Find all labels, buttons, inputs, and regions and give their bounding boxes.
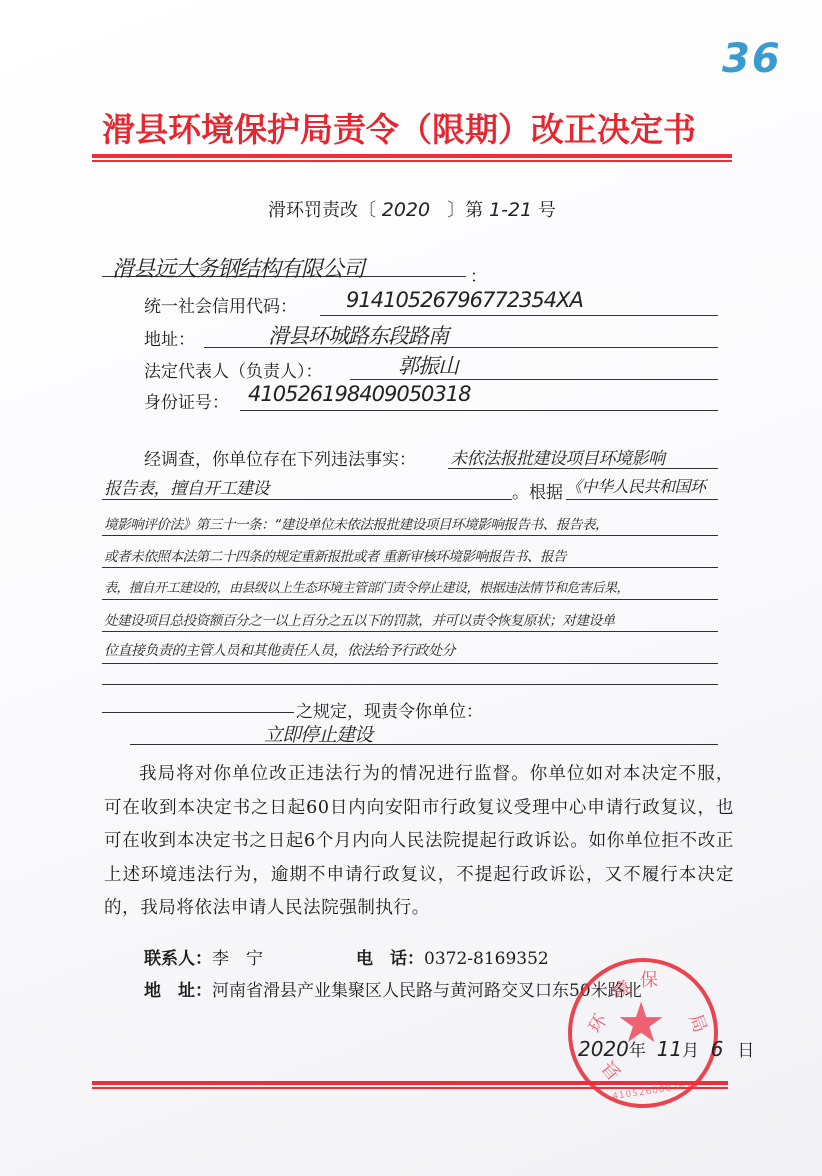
contact-person-label: 联系人： <box>144 949 212 969</box>
fact-line-1: 未依法报批建设项目环境影响 <box>450 444 665 469</box>
seal-char: 局 <box>684 1010 715 1036</box>
doc-number-suffix: 号 <box>538 200 556 221</box>
address-value: 滑县环城路东段路南 <box>268 320 448 350</box>
date-year: 2020 <box>578 1037 629 1061</box>
date-day-unit: 日 <box>737 1041 754 1061</box>
id-number-value: 410526198409050318 <box>248 382 471 406</box>
company-name: 滑县远大务钢结构有限公司 <box>112 252 364 283</box>
law-line-3: 或者未依照本法第二十四条的规定重新报批或者 重新审核环境影响报告书、报告 <box>104 545 566 565</box>
seal-char: 环 <box>581 1009 613 1038</box>
date-month: 11 <box>657 1037 682 1061</box>
doc-number-year: 2020 <box>382 199 430 221</box>
law-line-5: 处建设项目总投资额百分之一以上百分之五以下的罚款，并可以责令恢复原状；对建设单 <box>104 609 615 629</box>
doc-number-middle: 〕第 <box>447 200 483 221</box>
credit-code-label: 统一社会信用代码： <box>144 292 297 317</box>
doc-number-prefix: 滑环罚责改〔 <box>268 200 376 221</box>
law-line-2: 境影响评价法》第三十一条：“建设单位未依法报批建设项目环境影响报告书、报告表， <box>104 513 608 533</box>
contact-phone-row: 电 话：0372-8169352 <box>356 944 549 969</box>
footer-red-rule <box>92 1081 728 1089</box>
fact-line-2: 报告表，擅自开工建设 <box>104 474 269 499</box>
credit-code-value: 91410526796772354XA <box>346 288 583 312</box>
law-line-1: 《中华人民共和国环 <box>566 474 706 497</box>
issue-date: 2020年 11月 6日 <box>578 1036 754 1061</box>
seal-char: 保 <box>640 966 658 992</box>
legal-rep-label: 法定代表人（负责人）： <box>144 357 323 382</box>
contact-address-label: 地 址： <box>144 981 212 1001</box>
regulation-blank-rule <box>102 690 294 713</box>
page-number: 36 <box>722 36 782 82</box>
law-line-4: 表，擅自开工建设的，由县级以上生态环境主管部门责令停止建设，根据违法情节和危害后… <box>104 577 629 596</box>
doc-number-value: 1-21 <box>489 199 532 221</box>
document-title: 滑县环境保护局责令（限期）改正决定书 <box>102 104 742 151</box>
notice-paragraph: 我局将对你单位改正违法行为的情况进行监督。你单位如对本决定不服，可在收到本决定书… <box>104 758 734 926</box>
legal-rep-value: 郭振山 <box>398 350 458 380</box>
contact-phone: 0372-8169352 <box>424 949 549 969</box>
contact-address-row: 地 址：河南省滑县产业集聚区人民路与黄河路交叉口东50米路北 <box>144 976 642 1001</box>
date-year-unit: 年 <box>629 1041 646 1061</box>
findings-intro: 经调查，你单位存在下列违法事实： <box>144 445 416 470</box>
basis-label: 。根据 <box>512 478 563 503</box>
blank-line-rule <box>102 664 718 685</box>
law-line-6: 位直接负责的主管人员和其他责任人员，依法给予行政处分 <box>104 640 455 660</box>
id-number-label: 身份证号： <box>144 388 229 413</box>
regulation-suffix: 之规定，现责令你单位： <box>296 697 483 722</box>
date-day: 6 <box>711 1037 724 1061</box>
order-text: 立即停止建设 <box>264 720 372 747</box>
header-red-rule <box>92 154 732 162</box>
document-page: 36 滑县环境保护局责令（限期）改正决定书 滑环罚责改〔 2020 〕第 1-2… <box>0 0 822 1176</box>
contact-person: 李 宁 <box>212 949 263 969</box>
contact-phone-label: 电 话： <box>356 949 424 969</box>
date-month-unit: 月 <box>682 1041 699 1061</box>
document-number: 滑环罚责改〔 2020 〕第 1-21 号 <box>268 196 556 222</box>
contact-person-row: 联系人：李 宁 <box>144 944 263 969</box>
address-label: 地址： <box>144 325 195 350</box>
company-colon: ： <box>470 262 487 287</box>
order-line-rule <box>130 722 718 745</box>
